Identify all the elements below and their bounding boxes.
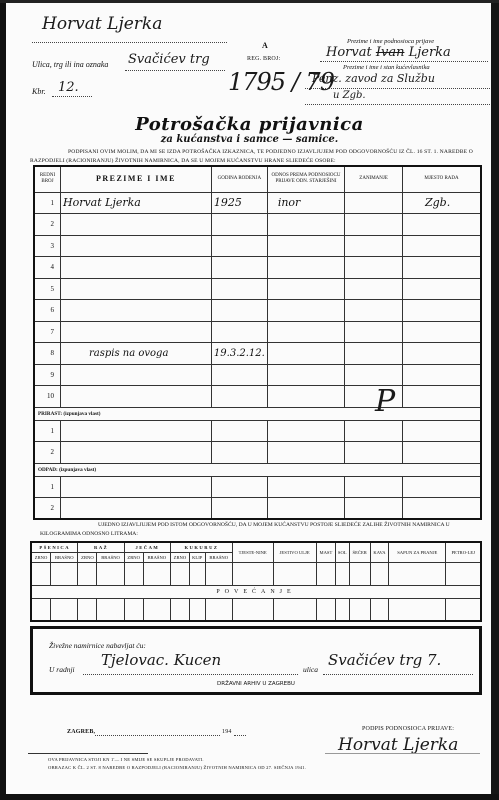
table-row: 3 bbox=[34, 235, 481, 257]
shop-street-line bbox=[323, 674, 473, 675]
reg-number-label: REG. BROJ: bbox=[247, 56, 280, 62]
relation bbox=[267, 386, 344, 408]
street-line bbox=[125, 70, 225, 71]
footnote-price: OVA PRIJAVNICA STOJI KN 1'— I NE SMIJE S… bbox=[48, 757, 204, 762]
row-number: 5 bbox=[34, 278, 60, 300]
signature-line bbox=[325, 753, 480, 754]
stocks-increase-row bbox=[31, 598, 481, 621]
sub-flour: BRAŠNO bbox=[51, 552, 78, 562]
handwritten-p-mark: P bbox=[375, 384, 395, 419]
col-pasta: TJESTE-NINE bbox=[232, 542, 273, 562]
group-corn: KUKURUZ bbox=[171, 542, 233, 552]
archive-stamp: DRŽAVNI ARHIV U ZAGREBU bbox=[33, 681, 479, 687]
street-value: Svačićev trg bbox=[128, 52, 210, 67]
table-row: 5 bbox=[34, 278, 481, 300]
form-subtitle: za kućanstva i samce — samice. bbox=[0, 134, 499, 145]
col-salt: SOL bbox=[335, 542, 349, 562]
row-number: 2 bbox=[34, 498, 60, 520]
house-number-label: Kbr. bbox=[32, 87, 46, 96]
stock-declaration: UJEDNO IZJAVLJUJEM POD ISTOM ODGOVORNOŠĆ… bbox=[40, 521, 490, 539]
birth-year bbox=[211, 386, 267, 408]
purchase-intro-label: Živežne namirnice nabavljat ću: bbox=[49, 641, 146, 650]
row-number: 2 bbox=[34, 442, 60, 464]
occupation bbox=[345, 300, 403, 322]
row-number: 3 bbox=[34, 235, 60, 257]
col-oil: JESTIVO ULJE bbox=[273, 542, 316, 562]
occupation bbox=[345, 278, 403, 300]
applicant-struck-word: Ivan bbox=[376, 45, 405, 60]
row-number: 4 bbox=[34, 257, 60, 279]
shop-line bbox=[83, 674, 298, 675]
group-wheat: PŠENICA bbox=[31, 542, 78, 552]
increase-section-row: PRIRAST: (izpunjava vlast) bbox=[34, 407, 481, 420]
table-row: 10 bbox=[34, 386, 481, 408]
applicant-signature: Horvat Ljerka bbox=[338, 735, 458, 755]
name-line bbox=[32, 42, 227, 43]
occupation bbox=[345, 192, 403, 214]
applicant-value: Horvat Ivan Ljerka bbox=[326, 45, 451, 60]
birth-year bbox=[211, 364, 267, 386]
col-header-occupation: ZANIMANJE bbox=[345, 166, 403, 192]
form-letter: A bbox=[262, 41, 268, 50]
sub-grain: ZRNO bbox=[78, 552, 97, 562]
householder-line-1 bbox=[305, 88, 490, 89]
birth-year bbox=[211, 300, 267, 322]
applicant-last-word: Ljerka bbox=[409, 45, 451, 60]
relation bbox=[267, 321, 344, 343]
house-number-line bbox=[52, 96, 92, 97]
table-row: 1 bbox=[34, 476, 481, 498]
persons-table: REDNI BROJ PREZIME I IME GODINA RODENJA … bbox=[33, 165, 482, 520]
person-name bbox=[60, 278, 211, 300]
relation bbox=[267, 278, 344, 300]
applicant-label: Prezime i ime podnosioca prijave bbox=[347, 38, 434, 45]
col-header-relation: ODNOS PREMA PODNOSIOCU PRIJAVE ODN. STAR… bbox=[267, 166, 344, 192]
occupation bbox=[345, 364, 403, 386]
person-name: Horvat Ljerka bbox=[60, 192, 211, 214]
householder-line-2 bbox=[305, 104, 490, 105]
street-label: Ulica, trg ili ina oznaka bbox=[32, 60, 108, 69]
sub-grain: ZRNO bbox=[31, 552, 51, 562]
relation: inor bbox=[267, 192, 344, 214]
row-number: 1 bbox=[34, 192, 60, 214]
workplace: Zgb. bbox=[403, 192, 482, 214]
row-number: 9 bbox=[34, 364, 60, 386]
footnote-regulation: OBRAZAC K ČL. 2 ST. 8 NAREDBE O RAZPODJE… bbox=[48, 765, 306, 770]
workplace bbox=[403, 321, 482, 343]
workplace bbox=[403, 343, 482, 365]
person-name bbox=[60, 364, 211, 386]
workplace bbox=[403, 214, 482, 236]
person-name bbox=[60, 257, 211, 279]
person-name bbox=[60, 214, 211, 236]
person-name: raspis na ovoga bbox=[60, 343, 211, 365]
stocks-group-header: PŠENICA RAŽ JEČAM KUKURUZ TJESTE-NINE JE… bbox=[31, 542, 481, 552]
birth-year bbox=[211, 235, 267, 257]
year-line bbox=[234, 735, 246, 736]
birth-year bbox=[211, 257, 267, 279]
table-row: 2 bbox=[34, 498, 481, 520]
table-row: 2 bbox=[34, 442, 481, 464]
row-number: 7 bbox=[34, 321, 60, 343]
shop-street-label: ulica bbox=[303, 665, 318, 674]
householder-value-2: u Zgb. bbox=[333, 90, 366, 101]
shop-label: U radnji bbox=[49, 665, 75, 674]
occupation bbox=[345, 235, 403, 257]
workplace bbox=[403, 386, 482, 408]
workplace bbox=[403, 278, 482, 300]
shop-value: Tjelovac. Kucen bbox=[101, 651, 221, 669]
sub-flour: BRAŠNO bbox=[143, 552, 170, 562]
group-barley: JEČAM bbox=[124, 542, 170, 552]
person-name bbox=[60, 235, 211, 257]
year-prefix: 194 bbox=[222, 729, 232, 735]
sub-grain: ZRNO bbox=[124, 552, 143, 562]
scanned-form-page: Horvat Ljerka Ulica, trg ili ina oznaka … bbox=[0, 0, 499, 800]
relation bbox=[267, 364, 344, 386]
intro-text: PODPISANI OVIM MOLIM, DA MI SE IZDA POTR… bbox=[30, 149, 473, 164]
scan-border-bottom bbox=[0, 794, 499, 800]
row-number: 1 bbox=[34, 476, 60, 498]
birth-year bbox=[211, 278, 267, 300]
col-header-number: REDNI BROJ bbox=[34, 166, 60, 192]
col-sugar: ŠEĆER bbox=[349, 542, 370, 562]
person-name bbox=[60, 386, 211, 408]
sub-cob: KLIP bbox=[189, 552, 205, 562]
workplace bbox=[403, 364, 482, 386]
table-row: 2 bbox=[34, 214, 481, 236]
relation bbox=[267, 257, 344, 279]
purchase-location-box: Živežne namirnice nabavljat ću: U radnji… bbox=[30, 626, 482, 695]
person-name bbox=[60, 300, 211, 322]
row-number: 10 bbox=[34, 386, 60, 408]
table-row: 7 bbox=[34, 321, 481, 343]
workplace bbox=[403, 257, 482, 279]
form-title: Potrošačka prijavnica bbox=[0, 114, 499, 135]
occupation bbox=[345, 214, 403, 236]
table-row: 1 bbox=[34, 420, 481, 442]
relation bbox=[267, 214, 344, 236]
applicant-first-word: Horvat bbox=[326, 45, 376, 60]
table-row: 4 bbox=[34, 257, 481, 279]
date-line bbox=[95, 735, 220, 736]
increase-label-row: POVEĆANJE bbox=[31, 585, 481, 598]
birth-year: 19.3.2.12. bbox=[211, 343, 267, 365]
increase-row-label: POVEĆANJE bbox=[31, 585, 481, 598]
sub-flour: BRAŠNO bbox=[97, 552, 124, 562]
row-number: 1 bbox=[34, 420, 60, 442]
place-label: ZAGREB, bbox=[67, 729, 95, 735]
sub-grain: ZRNO bbox=[171, 552, 190, 562]
occupation bbox=[345, 321, 403, 343]
handwritten-name: Horvat Ljerka bbox=[42, 14, 162, 34]
decrease-section-row: ODPAD: (izpunjava vlast) bbox=[34, 463, 481, 476]
relation bbox=[267, 235, 344, 257]
stocks-table: PŠENICA RAŽ JEČAM KUKURUZ TJESTE-NINE JE… bbox=[30, 541, 482, 622]
house-number-value: 12. bbox=[58, 80, 79, 95]
shop-street-value: Svačićev trg 7. bbox=[328, 651, 441, 669]
scan-border-top bbox=[0, 0, 499, 3]
sub-flour: BRAŠNO bbox=[205, 552, 232, 562]
row-number: 6 bbox=[34, 300, 60, 322]
stock-intro-text: UJEDNO IZJAVLJUJEM POD ISTOM ODGOVORNOŠĆ… bbox=[40, 522, 450, 537]
col-lard: MAST bbox=[316, 542, 335, 562]
householder-value-1: Penz. zavod za Službu bbox=[312, 72, 435, 85]
table-row: 9 bbox=[34, 364, 481, 386]
persons-table-header: REDNI BROJ PREZIME I IME GODINA RODENJA … bbox=[34, 166, 481, 192]
col-header-name: PREZIME I IME bbox=[60, 166, 211, 192]
footnote-divider bbox=[28, 753, 148, 754]
stocks-values-row bbox=[31, 562, 481, 585]
intro-declaration: PODPISANI OVIM MOLIM, DA MI SE IZDA POTR… bbox=[30, 148, 490, 166]
row-number: 2 bbox=[34, 214, 60, 236]
occupation bbox=[345, 257, 403, 279]
table-row: 6 bbox=[34, 300, 481, 322]
table-row: 1Horvat Ljerka1925inorZgb. bbox=[34, 192, 481, 214]
row-number: 8 bbox=[34, 343, 60, 365]
group-rye: RAŽ bbox=[78, 542, 124, 552]
col-header-birth-year: GODINA RODENJA bbox=[211, 166, 267, 192]
col-soap: SAPUN ZA PRANJE bbox=[389, 542, 446, 562]
signature-label: PODPIS PODNOSIOCA PRIJAVE: bbox=[362, 726, 454, 732]
person-name bbox=[60, 321, 211, 343]
increase-label: PRIRAST: (izpunjava vlast) bbox=[34, 407, 481, 420]
col-coffee: KAVA bbox=[370, 542, 388, 562]
occupation bbox=[345, 343, 403, 365]
birth-year bbox=[211, 321, 267, 343]
applicant-line bbox=[320, 61, 488, 62]
birth-year: 1925 bbox=[211, 192, 267, 214]
decrease-label: ODPAD: (izpunjava vlast) bbox=[34, 463, 481, 476]
table-row: 8raspis na ovoga19.3.2.12. bbox=[34, 343, 481, 365]
relation bbox=[267, 343, 344, 365]
relation bbox=[267, 300, 344, 322]
col-kerosene: PETRO-LEJ bbox=[446, 542, 481, 562]
householder-label: Prezime i ime i stan kućevlasnika bbox=[343, 64, 430, 71]
workplace bbox=[403, 300, 482, 322]
col-header-workplace: MJESTO RADA bbox=[403, 166, 482, 192]
workplace bbox=[403, 235, 482, 257]
birth-year bbox=[211, 214, 267, 236]
